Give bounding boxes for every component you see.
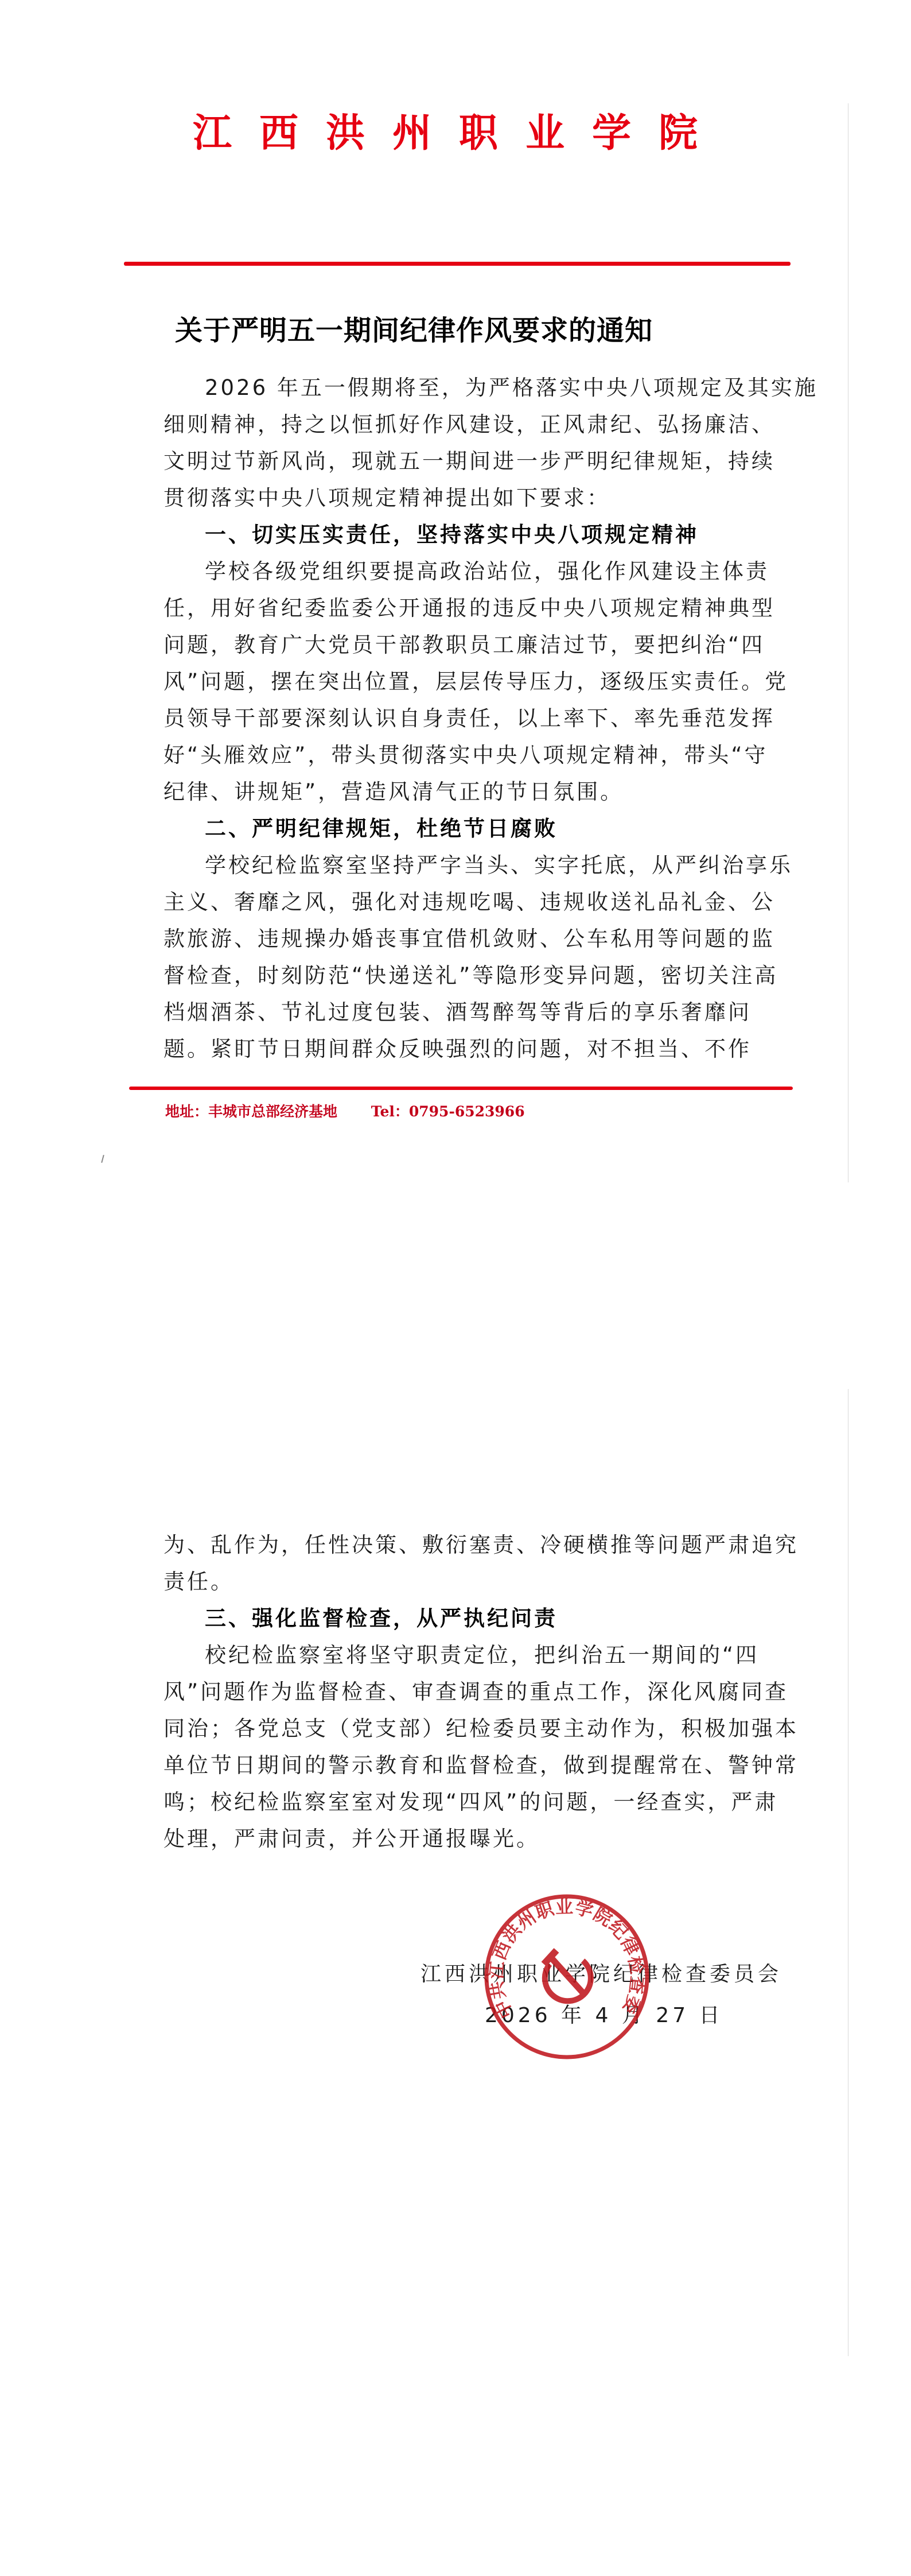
paragraph-line: 学校纪检监察室坚持严字当头、实字托底，从严纠治享乐: [205, 847, 793, 884]
letterhead-institution-name: 江西洪州职业学院: [172, 114, 746, 153]
paragraph-line: 风”问题作为监督检查、审查调查的重点工作，深化风腐同查: [163, 1674, 788, 1710]
paragraph-line: 同治；各党总支（党支部）纪检委员要主动作为，积极加强本: [163, 1710, 799, 1747]
letterhead-footer: 地址：丰城市总部经济基地 Tel：0795-6523966: [165, 1100, 525, 1121]
seal-icon: 中共江西洪州职业学院纪律检查委员会: [481, 1891, 653, 2063]
paragraph-line: 单位节日期间的警示教育和监督检查，做到提醒常在、警钟常: [163, 1747, 799, 1784]
paragraph-line: 主义、奢靡之风，强化对违规吃喝、违规收送礼品礼金、公: [163, 884, 775, 921]
document-title: 关于严明五一期间纪律作风要求的通知: [175, 315, 806, 348]
paragraph-line: 款旅游、违规操办婚丧事宜借机敛财、公车私用等问题的监: [163, 921, 775, 957]
letterhead-red-divider: [124, 262, 791, 266]
paragraph-line: 问题，教育广大党员干部教职员工廉洁过节，要把纠治“四: [163, 627, 765, 664]
paragraph-line: 贯彻落实中央八项规定精神提出如下要求：: [163, 480, 610, 517]
paragraph-line: 档烟酒茶、节礼过度包装、酒驾醉驾等背后的享乐奢靡问: [163, 994, 752, 1031]
tel-text: Tel：0795-6523966: [371, 1103, 525, 1120]
paragraph-line: 员领导干部要深刻认识自身责任，以上率下、率先垂范发挥: [163, 700, 775, 737]
paragraph-line: 校纪检监察室将坚守职责定位，把纠治五一期间的“四: [205, 1637, 759, 1674]
paragraph-line: 督检查，时刻防范“快递送礼”等隐形变异问题，密切关注高: [163, 957, 778, 994]
paragraph-line: 为、乱作为，任性决策、敷衍塞责、冷硬横推等问题严肃追究: [163, 1527, 799, 1564]
paragraph-line: 文明过节新风尚，现就五一期间进一步严明纪律规矩，持续: [163, 443, 775, 480]
paragraph-line: 责任。: [163, 1564, 234, 1600]
paragraph-line: 好“头雁效应”，带头贯彻落实中央八项规定精神，带头“守: [163, 737, 768, 774]
paragraph-line: 2026 年五一假期将至，为严格落实中央八项规定及其实施: [205, 370, 818, 406]
hammer-sickle-icon: [544, 1950, 591, 2001]
paragraph-line: 细则精神，持之以恒抓好作风建设，正风肃纪、弘扬廉洁、: [163, 406, 775, 443]
section-heading: 二、严明纪律规矩，杜绝节日腐败: [205, 810, 558, 847]
paragraph-line: 纪律、讲规矩”，营造风清气正的节日氛围。: [163, 774, 624, 810]
official-seal: 中共江西洪州职业学院纪律检查委员会: [481, 1891, 653, 2063]
paragraph-line: 任，用好省纪委监委公开通报的违反中央八项规定精神典型: [163, 590, 775, 627]
section-heading: 一、切实压实责任，坚持落实中央八项规定精神: [205, 517, 699, 553]
paragraph-line: 鸣；校纪检监察室室对发现“四风”的问题，一经查实，严肃: [163, 1784, 778, 1821]
paragraph-line: 题。紧盯节日期间群众反映强烈的问题，对不担当、不作: [163, 1031, 752, 1068]
footer-red-divider: [129, 1087, 793, 1090]
paragraph-line: 处理，严肃问责，并公开通报曝光。: [163, 1821, 540, 1857]
address-text: 地址：丰城市总部经济基地: [165, 1103, 337, 1120]
paragraph-line: 风”问题，摆在突出位置，层层传导压力，逐级压实责任。党: [163, 664, 788, 700]
paragraph-line: 学校各级党组织要提高政治站位，强化作风建设主体责: [205, 553, 769, 590]
section-heading: 三、强化监督检查，从严执纪问责: [205, 1600, 558, 1637]
